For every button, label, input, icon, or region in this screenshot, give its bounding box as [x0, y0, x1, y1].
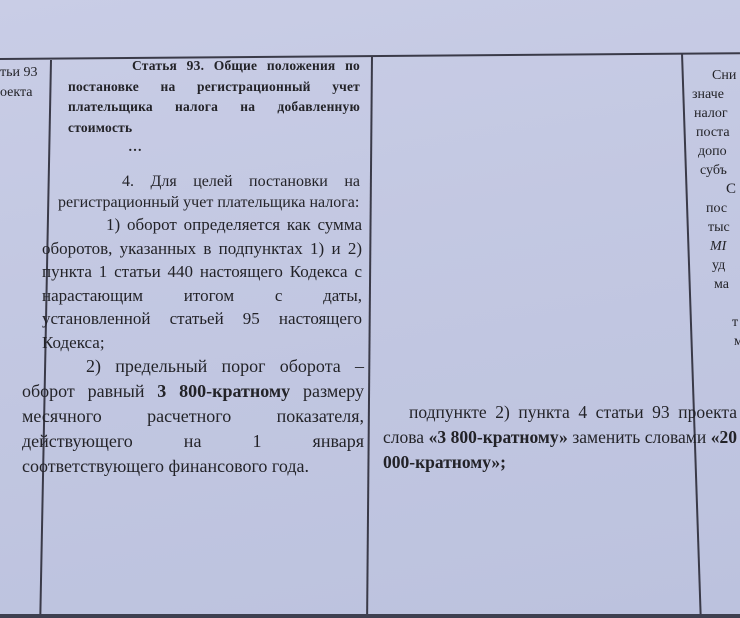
left-fragment-line: оекта: [0, 83, 48, 103]
old-value-bold: «3 800-кратному»: [429, 427, 568, 447]
article-heading: Статья 93. Общие положения по постановке…: [58, 56, 364, 138]
document-page: тьи 93 оекта Статья 93. Общие положения …: [0, 0, 740, 618]
subitem-2: 2) предельный порог оборота – оборот рав…: [22, 354, 364, 479]
edge-fragment-line: ма: [690, 275, 740, 294]
item-4-intro: 4. Для целей постановки на регистрационн…: [58, 172, 364, 213]
subitem-1: 1) оборот определяется как сумма оборото…: [42, 213, 364, 354]
edge-fragment-line: Сни: [690, 66, 740, 85]
amendment-text: подпункте 2) пункта 4 статьи 93 проекта …: [383, 400, 737, 475]
threshold-bold: 3 800-кратному: [157, 381, 290, 401]
edge-fragment-line: уд: [690, 256, 740, 275]
edge-fragment-line: значе: [690, 85, 740, 104]
edge-fragment-line: поста: [690, 123, 740, 142]
amendment-text-mid: заменить словами: [568, 427, 711, 447]
edge-fragment-line: тыс: [690, 218, 740, 237]
page-bottom-edge: [0, 614, 740, 618]
article-heading-text: Статья 93. Общие положения по постановке…: [68, 56, 360, 138]
edge-fragment-line: С: [690, 180, 740, 199]
edge-fragment-line: налог: [690, 104, 740, 123]
edge-fragment-line: т: [690, 313, 740, 332]
column-divider-2: [366, 56, 372, 618]
edge-fragment-line: допо: [690, 142, 740, 161]
right-edge-column-fragment: Сни значе налог поста допо субъ С пос ты…: [690, 66, 740, 351]
ellipsis: …: [58, 138, 364, 158]
edge-fragment-line: [690, 294, 740, 313]
edge-fragment-line: МІ: [690, 237, 740, 256]
edge-fragment-line: м: [690, 332, 740, 351]
current-law-column: Статья 93. Общие положения по постановке…: [58, 56, 364, 479]
amendment-column: подпункте 2) пункта 4 статьи 93 проекта …: [383, 400, 737, 475]
edge-fragment-line: пос: [690, 199, 740, 218]
edge-fragment-line: субъ: [690, 161, 740, 180]
left-column-fragment: тьи 93 оекта: [0, 63, 48, 103]
left-fragment-line: тьи 93: [0, 63, 48, 83]
